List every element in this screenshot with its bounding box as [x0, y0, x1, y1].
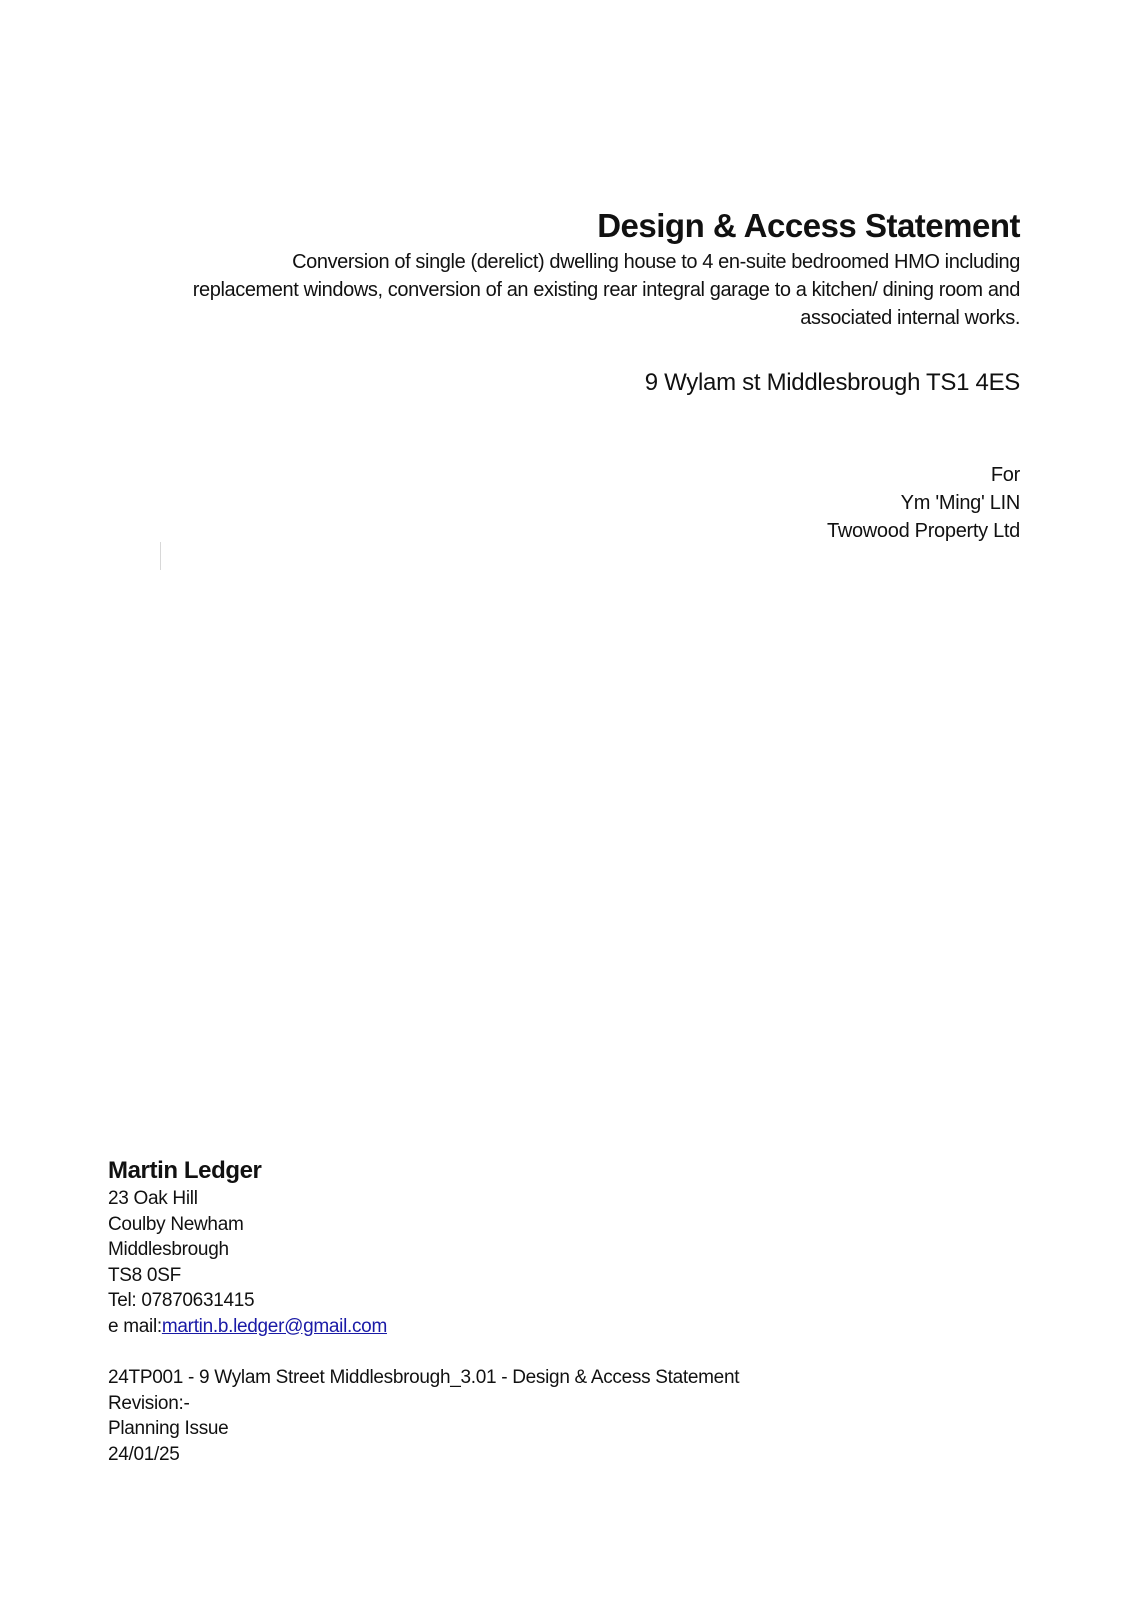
subtitle-line: Conversion of single (derelict) dwelling…: [100, 248, 1020, 276]
author-name: Martin Ledger: [108, 1156, 387, 1186]
client-block: For Ym 'Ming' LIN Twowood Property Ltd: [827, 461, 1020, 545]
reference-block: 24TP001 - 9 Wylam Street Middlesbrough_3…: [108, 1365, 739, 1467]
author-address-line: TS8 0SF: [108, 1263, 387, 1289]
issue-date: 24/01/25: [108, 1442, 739, 1468]
text-cursor: [160, 542, 161, 570]
client-company: Twowood Property Ltd: [827, 517, 1020, 545]
for-label: For: [827, 461, 1020, 489]
title-block: Design & Access Statement Conversion of …: [100, 206, 1020, 332]
email-label: e mail:: [108, 1316, 162, 1337]
email-link[interactable]: martin.b.ledger@gmail.com: [162, 1316, 387, 1337]
revision: Revision:-: [108, 1391, 739, 1417]
author-tel: Tel: 07870631415: [108, 1288, 387, 1314]
site-address: 9 Wylam st Middlesbrough TS1 4ES: [645, 368, 1020, 398]
subtitle-line: associated internal works.: [100, 304, 1020, 332]
author-address-line: Coulby Newham: [108, 1212, 387, 1238]
author-address-line: 23 Oak Hill: [108, 1186, 387, 1212]
document-title: Design & Access Statement: [100, 206, 1020, 246]
document-subtitle: Conversion of single (derelict) dwelling…: [100, 248, 1020, 332]
document-page: Design & Access Statement Conversion of …: [0, 0, 1130, 1600]
client-name: Ym 'Ming' LIN: [827, 489, 1020, 517]
author-address-line: Middlesbrough: [108, 1237, 387, 1263]
document-reference: 24TP001 - 9 Wylam Street Middlesbrough_3…: [108, 1365, 739, 1391]
author-email-row: e mail:martin.b.ledger@gmail.com: [108, 1314, 387, 1340]
subtitle-line: replacement windows, conversion of an ex…: [100, 276, 1020, 304]
issue-status: Planning Issue: [108, 1416, 739, 1442]
author-block: Martin Ledger 23 Oak Hill Coulby Newham …: [108, 1156, 387, 1339]
